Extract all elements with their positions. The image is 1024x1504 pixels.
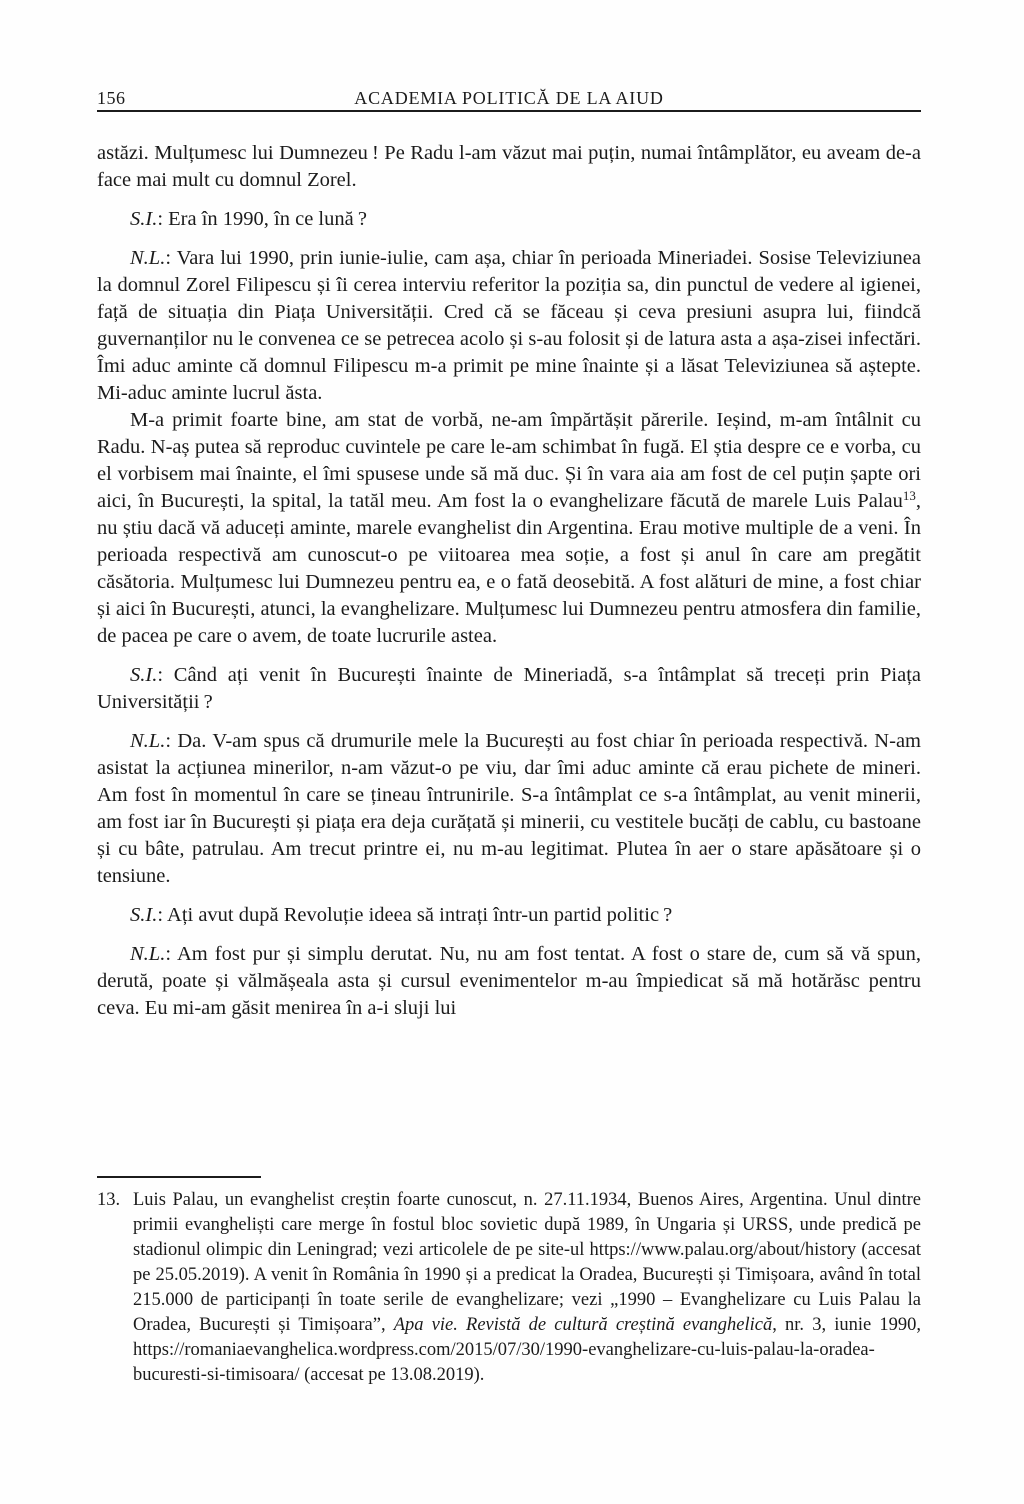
text-run: , nu știu dacă vă aduceți aminte, marele… [97, 490, 921, 647]
speaker-label: N.L. [130, 247, 165, 269]
footnote-reference: 13 [903, 488, 916, 503]
dialogue-paragraph: S.I.: Când ați venit în București înaint… [97, 662, 921, 716]
paragraph: M-a primit foarte bine, am stat de vorbă… [97, 407, 921, 650]
book-page: 156 ACADEMIA POLITICĂ DE LA AIUD astăzi.… [0, 0, 1024, 1504]
text-run: : Da. V-am spus că drumurile mele la Buc… [97, 730, 921, 887]
speaker-label: N.L. [130, 730, 165, 752]
italic-journal-title: Apa vie. Revistă de cultură creștină eva… [394, 1315, 773, 1335]
text-run: : Când ați venit în București înainte de… [97, 664, 921, 713]
text-run: Luis Palau, un evanghelist creștin foart… [133, 1190, 921, 1335]
dialogue-paragraph: S.I.: Era în 1990, în ce lună ? [97, 206, 921, 233]
text-run: : Vara lui 1990, prin iunie-iulie, cam a… [97, 247, 921, 404]
text-run: astăzi. Mulțumesc lui Dumnezeu ! Pe Radu… [97, 142, 921, 191]
page-number: 156 [97, 88, 126, 108]
dialogue-paragraph: N.L.: Am fost pur și simplu derutat. Nu,… [97, 941, 921, 1022]
speaker-label: S.I. [130, 208, 157, 230]
running-title: ACADEMIA POLITICĂ DE LA AIUD [97, 88, 921, 108]
dialogue-paragraph: S.I.: Ați avut după Revoluție ideea să i… [97, 902, 921, 929]
dialogue-paragraph: N.L.: Da. V-am spus că drumurile mele la… [97, 728, 921, 890]
text-run: : Am fost pur și simplu derutat. Nu, nu … [97, 943, 921, 1019]
speaker-label: S.I. [130, 664, 157, 686]
speaker-label: N.L. [130, 943, 165, 965]
footnote-number: 13. [97, 1188, 120, 1213]
page-header: 156 ACADEMIA POLITICĂ DE LA AIUD [97, 88, 921, 108]
text-run: M-a primit foarte bine, am stat de vorbă… [97, 409, 921, 512]
speaker-label: S.I. [130, 904, 157, 926]
footnote-separator [97, 1176, 261, 1178]
paragraph: astăzi. Mulțumesc lui Dumnezeu ! Pe Radu… [97, 140, 921, 194]
footnote-item: 13. Luis Palau, un evanghelist creștin f… [97, 1188, 921, 1388]
body-text: astăzi. Mulțumesc lui Dumnezeu ! Pe Radu… [97, 140, 921, 1022]
footnote-text: Luis Palau, un evanghelist creștin foart… [133, 1190, 921, 1385]
footnote-area: 13. Luis Palau, un evanghelist creștin f… [97, 1176, 921, 1388]
text-run: : Ați avut după Revoluție ideea să intra… [157, 904, 672, 926]
dialogue-paragraph: N.L.: Vara lui 1990, prin iunie-iulie, c… [97, 245, 921, 407]
header-rule [97, 110, 921, 112]
text-run: : Era în 1990, în ce lună ? [157, 208, 367, 230]
